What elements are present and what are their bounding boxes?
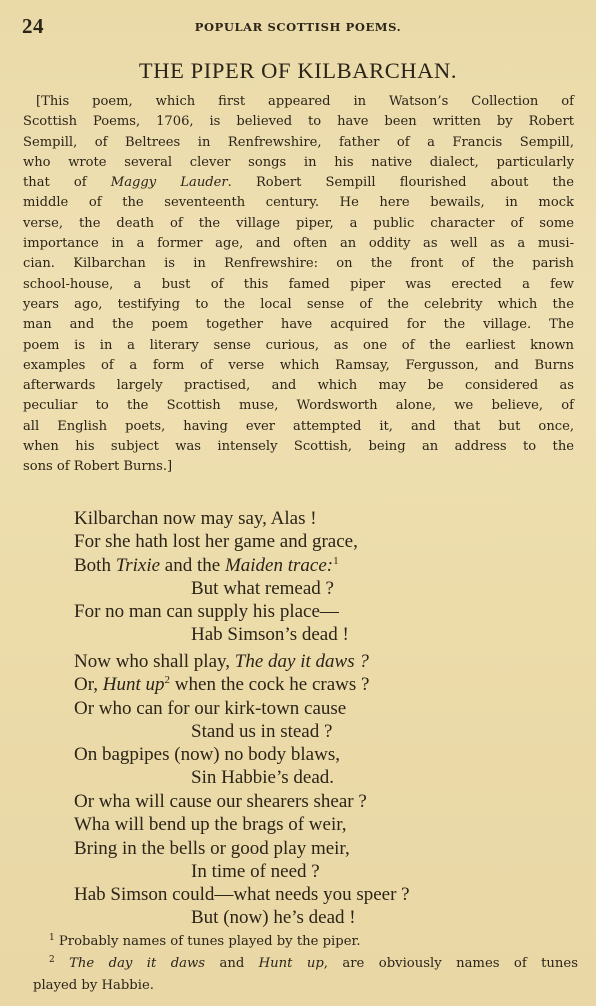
verse-line: Or wha will cause our shearers shear ? — [74, 790, 574, 813]
footnote-text: , are obviously names of tunes — [324, 956, 578, 971]
book-page: 24 POPULAR SCOTTISH POEMS. THE PIPER OF … — [0, 0, 596, 1006]
footnote-2: 2 The day it daws and Hunt up, are obvio… — [33, 953, 578, 975]
verse-line: Both Trixie and the Maiden trace:1 — [74, 554, 574, 577]
verse-line: Bring in the bells or good play meir, — [74, 837, 574, 860]
verse-line: For no man can supply his place— — [74, 600, 574, 623]
verse-refrain: Hab Simson’s dead ! — [74, 623, 574, 646]
verse-refrain: In time of need ? — [74, 860, 574, 883]
poem-title: THE PIPER OF KILBARCHAN. — [0, 58, 596, 84]
verse-line: On bagpipes (now) no body blaws, — [74, 743, 574, 766]
tune-name: Hunt up — [259, 956, 324, 971]
intro-line: Scottish Poems, 1706, is believed to hav… — [23, 112, 574, 132]
running-title: POPULAR SCOTTISH POEMS. — [0, 20, 596, 34]
verse-text: when the cock he craws ? — [170, 674, 369, 695]
tune-name: The day it daws ? — [235, 651, 369, 672]
intro-line: importance in a former age, and often an… — [23, 234, 574, 254]
intro-line: afterwards largely practised, and which … — [23, 376, 574, 396]
footnote-text: and — [205, 956, 259, 971]
footnotes: 1 Probably names of tunes played by the … — [33, 931, 578, 997]
intro-line: [This poem, which first appeared in Wats… — [23, 92, 574, 112]
verse-text: Both — [74, 555, 116, 576]
stanza-3: Or wha will cause our shearers shear ? W… — [74, 790, 574, 930]
verse-refrain: But what remead ? — [74, 577, 574, 600]
intro-line: poem is in a literary sense curious, as … — [23, 336, 574, 356]
intro-line: that of Maggy Lauder. Robert Sempill flo… — [23, 173, 574, 193]
intro-paragraph: [This poem, which first appeared in Wats… — [23, 92, 574, 478]
intro-line: school-house, a bust of this famed piper… — [23, 275, 574, 295]
verse-line: Hab Simson could—what needs you speer ? — [74, 883, 574, 906]
intro-line: years ago, testifying to the local sense… — [23, 295, 574, 315]
intro-line: when his subject was intensely Scottish,… — [23, 437, 574, 457]
verse-line: Or, Hunt up2 when the cock he craws ? — [74, 673, 574, 696]
intro-line: man and the poem together have acquired … — [23, 315, 574, 335]
intro-line: examples of a form of verse which Ramsay… — [23, 356, 574, 376]
verse-refrain: But (now) he’s dead ! — [74, 906, 574, 929]
tune-name: Maiden trace: — [225, 555, 333, 576]
song-title-maggy-lauder: Maggy Lauder — [111, 175, 228, 190]
intro-text: . Robert Sempill flourished about the — [228, 175, 574, 190]
verse-text: Now who shall play, — [74, 651, 235, 672]
verse-text: Or, — [74, 674, 103, 695]
running-head: 24 POPULAR SCOTTISH POEMS. — [0, 14, 596, 38]
intro-line: sons of Robert Burns.] — [23, 457, 574, 477]
footnote-1: 1 Probably names of tunes played by the … — [33, 931, 578, 953]
verse-line: For she hath lost her game and grace, — [74, 530, 574, 553]
intro-line: verse, the death of the village piper, a… — [23, 214, 574, 234]
intro-text: that of — [23, 175, 111, 190]
intro-line: all English poets, having ever attempted… — [23, 417, 574, 437]
verse-refrain: Sin Habbie’s dead. — [74, 766, 574, 789]
verse-text: and the — [160, 555, 225, 576]
tune-name: Hunt up — [103, 674, 165, 695]
verse-line: Now who shall play, The day it daws ? — [74, 650, 574, 673]
footnote-ref-1: 1 — [333, 555, 339, 567]
intro-line: middle of the seventeenth century. He he… — [23, 193, 574, 213]
footnote-text: Probably names of tunes played by the pi… — [55, 934, 361, 949]
stanza-2: Now who shall play, The day it daws ? Or… — [74, 650, 574, 790]
intro-line: Sempill, of Beltrees in Renfrewshire, fa… — [23, 133, 574, 153]
intro-line: peculiar to the Scottish muse, Wordswort… — [23, 396, 574, 416]
verse-refrain: Stand us in stead ? — [74, 720, 574, 743]
intro-line: cian. Kilbarchan is in Renfrewshire: on … — [23, 254, 574, 274]
tune-name: Trixie — [116, 555, 160, 576]
footnote-2-continuation: played by Habbie. — [33, 975, 578, 997]
verse-line: Kilbarchan now may say, Alas ! — [74, 507, 574, 530]
intro-line: who wrote several clever songs in his na… — [23, 153, 574, 173]
tune-name: The day it daws — [55, 956, 205, 971]
stanza-1: Kilbarchan now may say, Alas ! For she h… — [74, 507, 574, 647]
verse-line: Or who can for our kirk-town cause — [74, 697, 574, 720]
verse-line: Wha will bend up the brags of weir, — [74, 813, 574, 836]
